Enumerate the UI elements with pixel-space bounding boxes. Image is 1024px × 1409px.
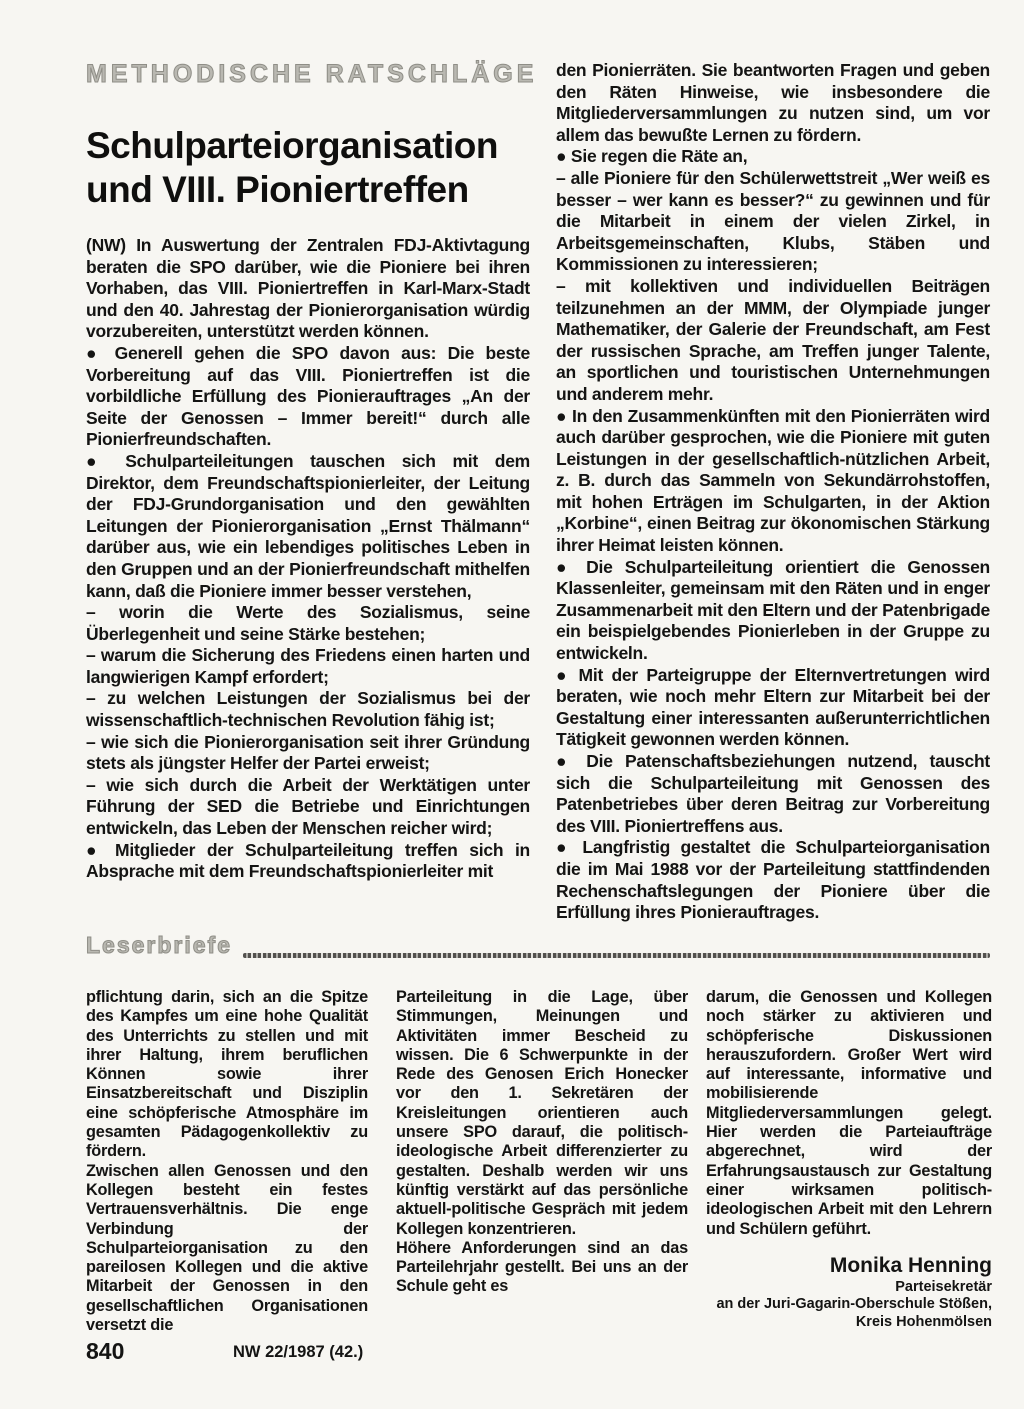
letter-column-3: darum, die Genossen und Kollegen noch st… <box>706 988 992 1331</box>
letter-column-1: pflichtung darin, sich an die Spitze des… <box>86 988 368 1335</box>
footer-issue: NW 22/1987 (42.) <box>233 1343 363 1362</box>
letter-column-2: Parteileitung in die Lage, über Stimmung… <box>396 988 688 1297</box>
section-header-stamp: METHODISCHE RATSCHLÄGE <box>86 60 537 89</box>
paragraph: pflichtung darin, sich an die Spitze des… <box>86 988 368 1162</box>
signature-org: an der Juri-Gagarin-Oberschule Stößen, <box>706 1296 992 1314</box>
signature-place: Kreis Hohenmölsen <box>706 1314 992 1332</box>
article-title-line2: und VIII. Pioniertreffen <box>86 168 498 212</box>
paragraph: – mit kollektiven und individuellen Beit… <box>556 276 990 406</box>
paragraph: Höhere Anforderungen sind an das Parteil… <box>396 1239 688 1297</box>
paragraph: – worin die Werte des Sozialismus, seine… <box>86 602 530 645</box>
letter-column-3-text: darum, die Genossen und Kollegen noch st… <box>706 988 992 1239</box>
article-column-left: (NW) In Auswertung der Zentralen FDJ-Akt… <box>86 235 530 883</box>
paragraph: – zu welchen Leistungen der Sozialismus … <box>86 688 530 731</box>
squiggle-divider <box>243 953 990 958</box>
paragraph: Zwischen allen Genossen und den Kollegen… <box>86 1162 368 1336</box>
paragraph: den Pionierräten. Sie beantworten Fragen… <box>556 60 990 146</box>
paragraph: ● Mit der Parteigruppe der Elternvertret… <box>556 665 990 751</box>
paragraph: ● In den Zusammenkünften mit den Pionier… <box>556 406 990 557</box>
paragraph: ● Schulparteileitungen tauschen sich mit… <box>86 451 530 602</box>
article-column-right: den Pionierräten. Sie beantworten Fragen… <box>556 60 990 924</box>
paragraph: darum, die Genossen und Kollegen noch st… <box>706 988 992 1239</box>
paragraph: ● Die Patenschaftsbeziehungen nutzend, t… <box>556 751 990 837</box>
footer-page-number: 840 <box>86 1338 124 1365</box>
paragraph: Parteileitung in die Lage, über Stimmung… <box>396 988 688 1239</box>
paragraph: ● Mitglieder der Schulparteileitung tref… <box>86 840 530 883</box>
signature-name: Monika Henning <box>706 1253 992 1279</box>
leserbriefe-header-stamp: Leserbriefe <box>86 932 232 959</box>
paragraph: ● Die Schulparteileitung orientiert die … <box>556 557 990 665</box>
paragraph: (NW) In Auswertung der Zentralen FDJ-Akt… <box>86 235 530 343</box>
paragraph: ● Langfristig gestaltet die Schulparteio… <box>556 837 990 923</box>
paragraph: – wie sich die Pionierorganisation seit … <box>86 732 530 775</box>
signature-role: Parteisekretär <box>706 1279 992 1297</box>
paragraph: – wie sich durch die Arbeit der Werktäti… <box>86 775 530 840</box>
paragraph: ● Generell gehen die SPO davon aus: Die … <box>86 343 530 451</box>
article-title: Schulparteiorganisation und VIII. Pionie… <box>86 124 498 212</box>
paragraph: ● Sie regen die Räte an, <box>556 146 990 168</box>
article-title-line1: Schulparteiorganisation <box>86 124 498 168</box>
magazine-page: METHODISCHE RATSCHLÄGE Schulparteiorgani… <box>0 0 1024 1409</box>
signature-block: Monika Henning Parteisekretär an der Jur… <box>706 1253 992 1332</box>
paragraph: – alle Pioniere für den Schülerwettstrei… <box>556 168 990 276</box>
paragraph: – warum die Sicherung des Friedens einen… <box>86 645 530 688</box>
